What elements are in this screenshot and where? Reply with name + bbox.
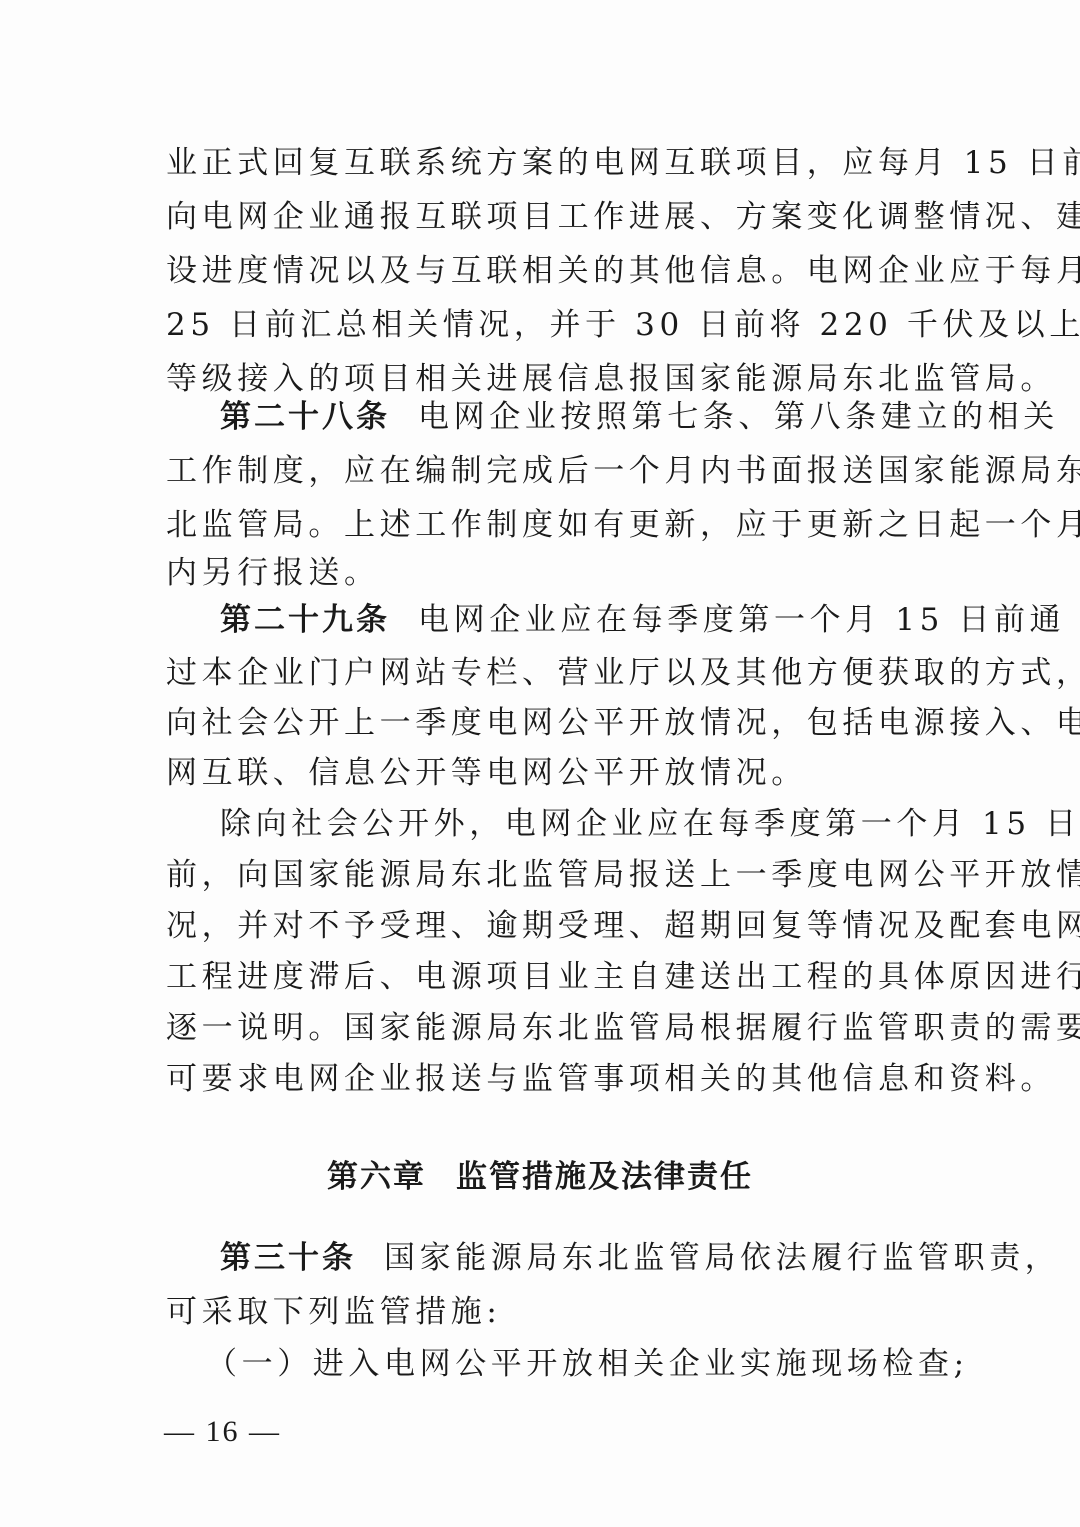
chapter-number: 第六章: [327, 1159, 426, 1195]
text-line: 除向社会公开外，电网企业应在每季度第一个月 15 日: [220, 797, 970, 851]
article-29-heading: 第二十九条: [220, 602, 390, 638]
text-line: 内另行报送。: [166, 546, 916, 600]
text-span: 国家能源局东北监管局依法履行监管职责，: [384, 1240, 1060, 1276]
chapter-title: 监管措施及法律责任: [456, 1159, 753, 1195]
text-line: 25 日前汇总相关情况，并于 30 日前将 220 千伏及以上电压: [166, 298, 916, 352]
text-line: 况，并对不予受理、逾期受理、超期回复等情况及配套电网: [166, 899, 916, 953]
article-30-first-line: 第三十条国家能源局东北监管局依法履行监管职责，: [220, 1231, 970, 1285]
text-line: 工作制度，应在编制完成后一个月内书面报送国家能源局东: [166, 444, 916, 498]
text-line: 设进度情况以及与互联相关的其他信息。电网企业应于每月: [166, 244, 916, 298]
article-28-first-line: 第二十八条电网企业按照第七条、第八条建立的相关: [220, 390, 970, 444]
text-line: 过本企业门户网站专栏、营业厅以及其他方便获取的方式，: [166, 646, 916, 700]
text-line: 北监管局。上述工作制度如有更新，应于更新之日起一个月: [166, 498, 916, 552]
text-span: 电网企业按照第七条、第八条建立的相关: [418, 399, 1059, 435]
text-line: 逐一说明。国家能源局东北监管局根据履行监管职责的需要，: [166, 1001, 916, 1055]
article-28-heading: 第二十八条: [220, 399, 390, 435]
text-line: 业正式回复互联系统方案的电网互联项目，应每月 15 日前: [166, 136, 916, 190]
text-line: 向社会公开上一季度电网公平开放情况，包括电源接入、电: [166, 696, 916, 750]
page-number: — 16 —: [164, 1412, 281, 1452]
list-item: （一）进入电网公平开放相关企业实施现场检查;: [206, 1337, 956, 1391]
text-line: 工程进度滞后、电源项目业主自建送出工程的具体原因进行: [166, 950, 916, 1004]
text-line: 可采取下列监管措施:: [166, 1285, 916, 1339]
article-29-first-line: 第二十九条电网企业应在每季度第一个月 15 日前通: [220, 593, 970, 647]
article-30-heading: 第三十条: [220, 1240, 356, 1276]
text-span: 电网企业应在每季度第一个月 15 日前通: [418, 602, 1065, 638]
document-page: 业正式回复互联系统方案的电网互联项目，应每月 15 日前 向电网企业通报互联项目…: [0, 0, 1080, 1527]
text-line: 前，向国家能源局东北监管局报送上一季度电网公平开放情: [166, 848, 916, 902]
text-line: 向电网企业通报互联项目工作进展、方案变化调整情况、建: [166, 190, 916, 244]
text-line: 网互联、信息公开等电网公平开放情况。: [166, 746, 916, 800]
text-line: 可要求电网企业报送与监管事项相关的其他信息和资料。: [166, 1052, 916, 1106]
chapter-heading: 第六章监管措施及法律责任: [0, 1150, 1080, 1204]
